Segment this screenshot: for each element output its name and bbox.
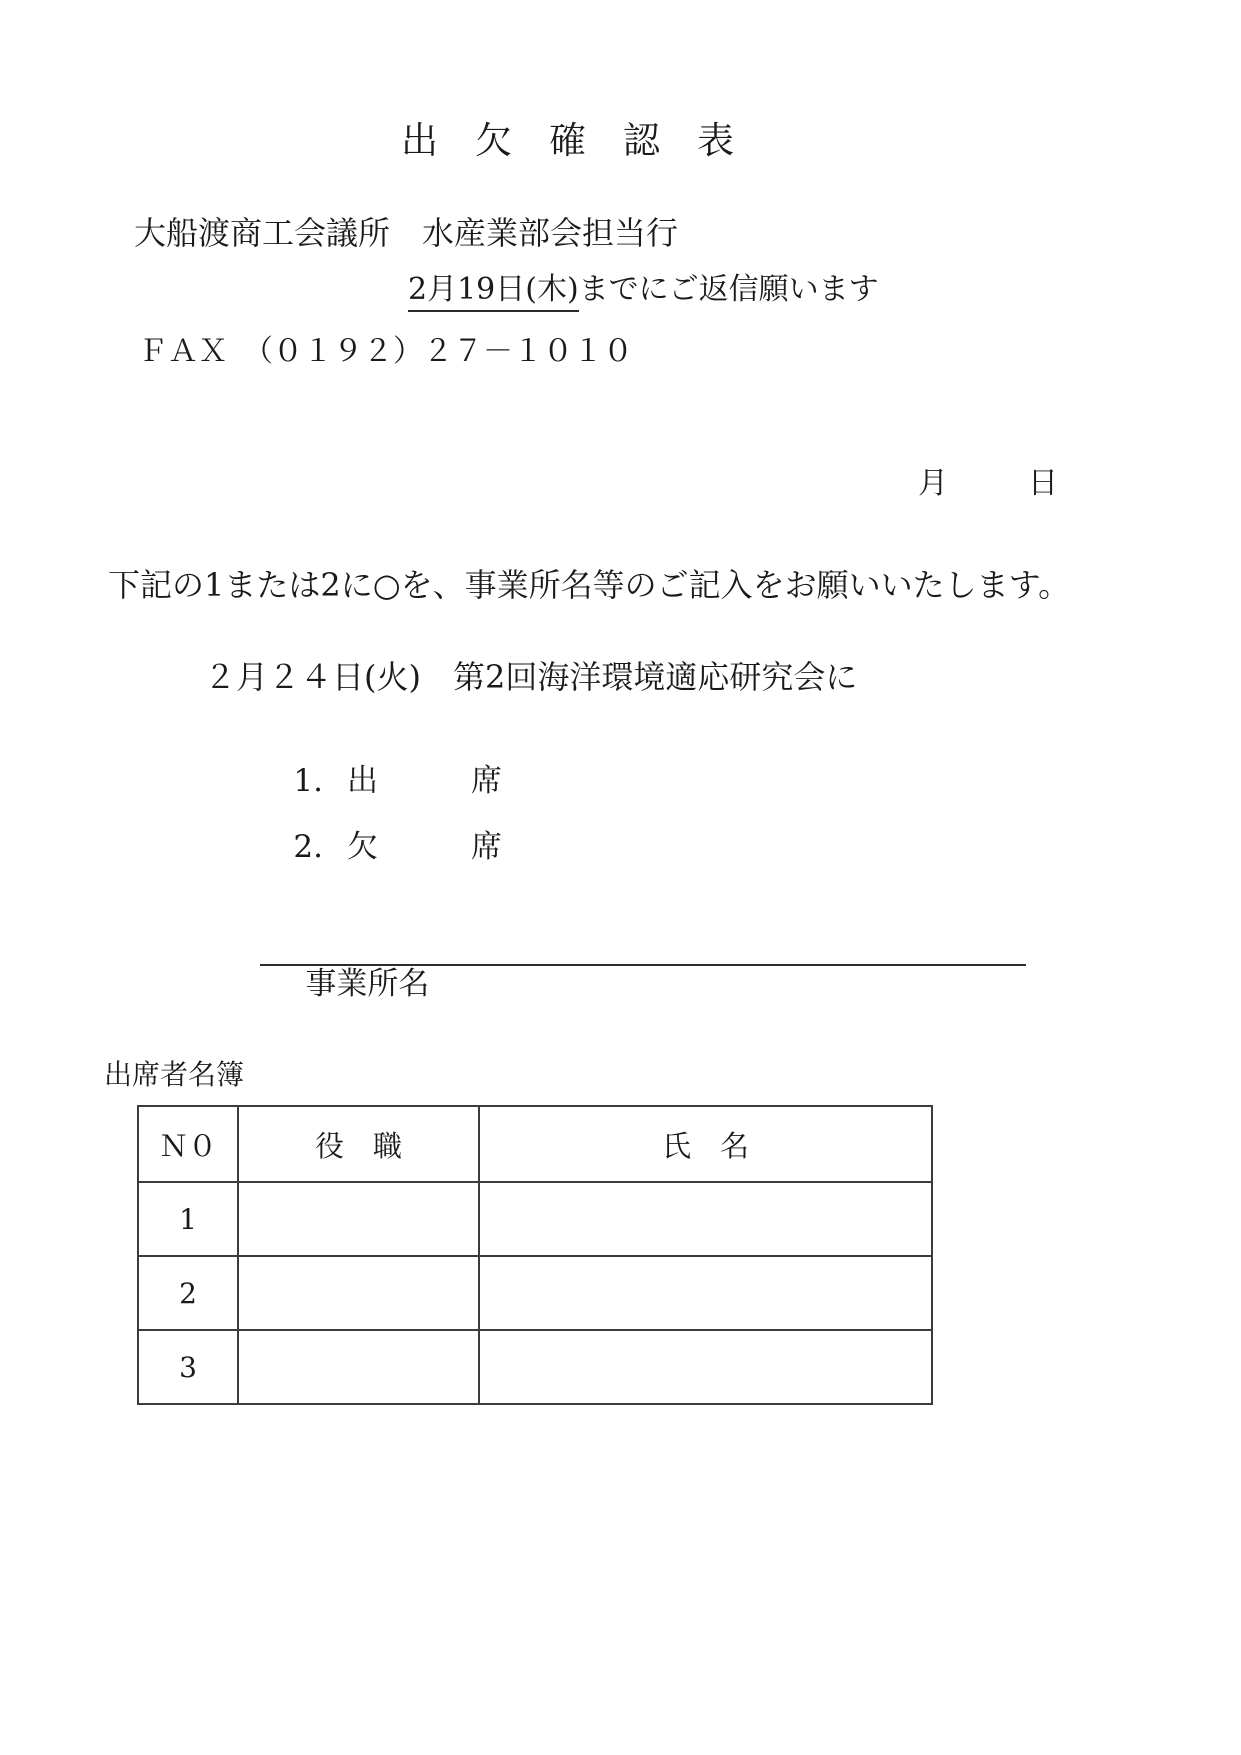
reply-deadline-date: 2月19日(木) [408,272,579,312]
event-line: ２月２４日(火) 第2回海洋環境適応研究会に [204,652,857,698]
date-month-label: 月 [918,458,948,502]
table-row: 1 [138,1182,932,1256]
document-page: 出 欠 確 認 表 大船渡商工会議所 水産業部会担当行 2月19日(木)までにご… [0,0,1241,1755]
attendee-list-caption: 出席者名簿 [104,1053,244,1093]
recipient-line: 大船渡商工会議所 水産業部会担当行 [134,208,678,254]
fax-number-line: ＦＡＸ （０１９２）２７－１０１０ [138,326,633,370]
option-absent-number: 2. [293,829,323,865]
table-row: 3 [138,1330,932,1404]
col-header-name: 氏 名 [479,1106,932,1182]
row-position-cell [238,1182,479,1256]
table-row: 2 [138,1256,932,1330]
business-name-field: 事業所名 [260,922,1026,966]
row-name-cell [479,1330,932,1404]
row-name-cell [479,1256,932,1330]
row-no: 1 [138,1182,238,1256]
reply-deadline-text: までにご返信願います [579,272,879,307]
reply-deadline-line: 2月19日(木)までにご返信願います [408,264,879,308]
row-no: 3 [138,1330,238,1404]
attendee-table-header-row: Ｎ０ 役 職 氏 名 [138,1106,932,1182]
row-name-cell [479,1182,932,1256]
col-header-no: Ｎ０ [138,1106,238,1182]
page-title: 出 欠 確 認 表 [401,110,734,164]
col-header-position: 役 職 [238,1106,479,1182]
date-day-label: 日 [1028,458,1058,502]
business-name-label: 事業所名 [305,966,429,1002]
attendee-table: Ｎ０ 役 職 氏 名 1 2 3 [137,1105,933,1405]
row-position-cell [238,1256,479,1330]
option-absent: 2.欠 席 [254,785,502,902]
option-absent-label: 欠 席 [347,829,502,865]
instruction-line: 下記の1または2に○を、事業所名等のご記入をお願いいたします。 [108,560,1070,606]
row-position-cell [238,1330,479,1404]
row-no: 2 [138,1256,238,1330]
